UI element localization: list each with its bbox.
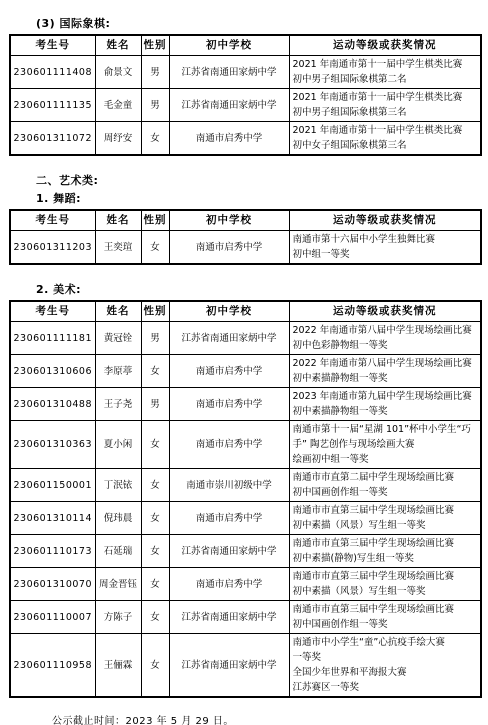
column-header-1: 姓名 [95, 35, 141, 56]
school-cell: 南通市启秀中学 [169, 231, 289, 265]
award-line: 2023 年南通市第九届中学生现场绘画比赛 [293, 389, 478, 404]
award-line: 南通市市直第三届中学生现场绘画比赛 [293, 569, 478, 584]
school-cell: 南通市启秀中学 [169, 122, 289, 156]
gender-cell: 女 [141, 535, 169, 568]
name-cell: 周纾安 [95, 122, 141, 156]
gender-cell: 女 [141, 502, 169, 535]
name-cell: 黄冠铨 [95, 322, 141, 355]
candidate-id-cell: 230601110007 [10, 601, 95, 634]
gender-cell: 男 [141, 322, 169, 355]
candidate-id-cell: 230601150001 [10, 469, 95, 502]
art-table: 考生号姓名性别初中学校运动等级或获奖情况 230601111181黄冠铨男江苏省… [9, 300, 482, 698]
column-header-2: 性别 [141, 301, 169, 322]
column-header-4: 运动等级或获奖情况 [289, 301, 481, 322]
school-cell: 南通市启秀中学 [169, 355, 289, 388]
award-cell: 南通市中小学生“童”心抗疫手绘大赛一等奖全国少年世界和平海报大赛江苏赛区一等奖 [289, 634, 481, 698]
column-header-0: 考生号 [10, 301, 95, 322]
name-cell: 李原葶 [95, 355, 141, 388]
award-line: 绘画初中组一等奖 [293, 452, 478, 467]
name-cell: 方陈子 [95, 601, 141, 634]
award-cell: 南通市市直第二届中学生现场绘画比赛初中国画创作组一等奖 [289, 469, 481, 502]
award-cell: 南通市市直第三届中学生现场绘画比赛初中国画创作组一等奖 [289, 601, 481, 634]
fine-art-section-heading: 2. 美术: [36, 282, 480, 297]
award-line: 初中素描(静物)写生组一等奖 [293, 551, 478, 566]
candidate-id-cell: 230601111181 [10, 322, 95, 355]
school-cell: 江苏省南通田家炳中学 [169, 535, 289, 568]
award-cell: 2023 年南通市第九届中学生现场绘画比赛初中素描静物组一等奖 [289, 388, 481, 421]
award-line: 初中男子组国际象棋第二名 [293, 72, 478, 87]
gender-cell: 女 [141, 231, 169, 265]
gender-cell: 女 [141, 421, 169, 469]
award-cell: 2021 年南通市第十一届中学生棋类比赛初中女子组国际象棋第三名 [289, 122, 481, 156]
column-header-1: 姓名 [95, 210, 141, 231]
award-line: 2022 年南通市第八届中学生现场绘画比赛 [293, 356, 478, 371]
publication-deadline: 公示截止时间：2023 年 5 月 29 日。 [52, 715, 480, 725]
table-row: 230601110007方陈子女江苏省南通田家炳中学南通市市直第三届中学生现场绘… [10, 601, 481, 634]
column-header-4: 运动等级或获奖情况 [289, 210, 481, 231]
table-row: 230601111408俞景文男江苏省南通田家炳中学2021 年南通市第十一届中… [10, 56, 481, 89]
candidate-id-cell: 230601310114 [10, 502, 95, 535]
column-header-1: 姓名 [95, 301, 141, 322]
candidate-id-cell: 230601311203 [10, 231, 95, 265]
dance-section-heading: 1. 舞蹈: [36, 191, 480, 206]
gender-cell: 女 [141, 122, 169, 156]
award-line: 南通市市直第二届中学生现场绘画比赛 [293, 470, 478, 485]
award-line: 2021 年南通市第十一届中学生棋类比赛 [293, 90, 478, 105]
award-line: 初中组一等奖 [293, 247, 478, 262]
award-line: 南通市市直第三届中学生现场绘画比赛 [293, 602, 478, 617]
gender-cell: 女 [141, 568, 169, 601]
name-cell: 王俪霖 [95, 634, 141, 698]
school-cell: 南通市启秀中学 [169, 568, 289, 601]
column-header-4: 运动等级或获奖情况 [289, 35, 481, 56]
award-cell: 2022 年南通市第八届中学生现场绘画比赛初中色彩静物组一等奖 [289, 322, 481, 355]
gender-cell: 男 [141, 56, 169, 89]
award-cell: 南通市第十一届“星湖 101”杯中小学生“巧手” 陶艺创作与现场绘画大赛绘画初中… [289, 421, 481, 469]
school-cell: 江苏省南通田家炳中学 [169, 322, 289, 355]
table-row: 230601310363夏小闲女南通市启秀中学南通市第十一届“星湖 101”杯中… [10, 421, 481, 469]
award-line: 南通市中小学生“童”心抗疫手绘大赛 [293, 635, 478, 650]
award-line: 全国少年世界和平海报大赛 [293, 665, 478, 680]
table-row: 230601310606李原葶女南通市启秀中学2022 年南通市第八届中学生现场… [10, 355, 481, 388]
award-line: 南通市第十一届“星湖 101”杯中小学生“巧手” 陶艺创作与现场绘画大赛 [293, 422, 478, 452]
award-cell: 南通市市直第三届中学生现场绘画比赛初中素描(静物)写生组一等奖 [289, 535, 481, 568]
award-line: 2021 年南通市第十一届中学生棋类比赛 [293, 123, 478, 138]
candidate-id-cell: 230601110173 [10, 535, 95, 568]
column-header-0: 考生号 [10, 210, 95, 231]
gender-cell: 女 [141, 355, 169, 388]
table-row: 230601310114倪玮晨女南通市启秀中学南通市市直第三届中学生现场绘画比赛… [10, 502, 481, 535]
gender-cell: 男 [141, 388, 169, 421]
award-line: 南通市第十六届中小学生独舞比赛 [293, 232, 478, 247]
school-cell: 南通市启秀中学 [169, 502, 289, 535]
award-line: 初中素描（风景）写生组一等奖 [293, 518, 478, 533]
award-line: 2022 年南通市第八届中学生现场绘画比赛 [293, 323, 478, 338]
award-line: 初中国画创作组一等奖 [293, 617, 478, 632]
school-cell: 南通市启秀中学 [169, 421, 289, 469]
table-row: 230601310070周金晋钰女南通市启秀中学南通市市直第三届中学生现场绘画比… [10, 568, 481, 601]
column-header-3: 初中学校 [169, 210, 289, 231]
award-line: 初中男子组国际象棋第三名 [293, 105, 478, 120]
column-header-0: 考生号 [10, 35, 95, 56]
column-header-2: 性别 [141, 35, 169, 56]
column-header-3: 初中学校 [169, 35, 289, 56]
name-cell: 毛金童 [95, 89, 141, 122]
table-row: 230601150001丁泯铱女南通市崇川初级中学南通市市直第二届中学生现场绘画… [10, 469, 481, 502]
candidate-id-cell: 230601311072 [10, 122, 95, 156]
header-row: 考生号姓名性别初中学校运动等级或获奖情况 [10, 301, 481, 322]
school-cell: 南通市启秀中学 [169, 388, 289, 421]
name-cell: 王奕瑄 [95, 231, 141, 265]
award-line: 南通市市直第三届中学生现场绘画比赛 [293, 503, 478, 518]
award-line: 初中素描静物组一等奖 [293, 404, 478, 419]
candidate-id-cell: 230601111135 [10, 89, 95, 122]
candidate-id-cell: 230601111408 [10, 56, 95, 89]
gender-cell: 女 [141, 601, 169, 634]
table-row: 230601111135毛金童男江苏省南通田家炳中学2021 年南通市第十一届中… [10, 89, 481, 122]
award-cell: 南通市第十六届中小学生独舞比赛初中组一等奖 [289, 231, 481, 265]
table-row: 230601111181黄冠铨男江苏省南通田家炳中学2022 年南通市第八届中学… [10, 322, 481, 355]
award-line: 初中色彩静物组一等奖 [293, 338, 478, 353]
award-line: 初中素描静物组一等奖 [293, 371, 478, 386]
school-cell: 江苏省南通田家炳中学 [169, 89, 289, 122]
table-row: 230601110958王俪霖女江苏省南通田家炳中学南通市中小学生“童”心抗疫手… [10, 634, 481, 698]
award-cell: 2022 年南通市第八届中学生现场绘画比赛初中素描静物组一等奖 [289, 355, 481, 388]
award-line: 初中女子组国际象棋第三名 [293, 138, 478, 153]
award-cell: 南通市市直第三届中学生现场绘画比赛初中素描（风景）写生组一等奖 [289, 502, 481, 535]
table-row: 230601311072周纾安女南通市启秀中学2021 年南通市第十一届中学生棋… [10, 122, 481, 156]
name-cell: 王子尧 [95, 388, 141, 421]
award-line: 初中国画创作组一等奖 [293, 485, 478, 500]
name-cell: 丁泯铱 [95, 469, 141, 502]
dance-table: 考生号姓名性别初中学校运动等级或获奖情况 230601311203王奕瑄女南通市… [9, 209, 482, 265]
candidate-id-cell: 230601310488 [10, 388, 95, 421]
document-page: (3) 国际象棋: 考生号姓名性别初中学校运动等级或获奖情况 230601111… [0, 0, 488, 725]
name-cell: 夏小闲 [95, 421, 141, 469]
school-cell: 南通市崇川初级中学 [169, 469, 289, 502]
candidate-id-cell: 230601310363 [10, 421, 95, 469]
award-line: 2021 年南通市第十一届中学生棋类比赛 [293, 57, 478, 72]
column-header-2: 性别 [141, 210, 169, 231]
award-cell: 南通市市直第三届中学生现场绘画比赛初中素描（风景）写生组一等奖 [289, 568, 481, 601]
name-cell: 倪玮晨 [95, 502, 141, 535]
chess-section-heading: (3) 国际象棋: [36, 16, 480, 31]
award-cell: 2021 年南通市第十一届中学生棋类比赛初中男子组国际象棋第二名 [289, 56, 481, 89]
art-category-heading: 二、艺术类: [36, 173, 480, 188]
award-line: 一等奖 [293, 650, 478, 665]
header-row: 考生号姓名性别初中学校运动等级或获奖情况 [10, 35, 481, 56]
chess-table: 考生号姓名性别初中学校运动等级或获奖情况 230601111408俞景文男江苏省… [9, 34, 482, 156]
award-line: 江苏赛区一等奖 [293, 680, 478, 695]
table-row: 230601311203王奕瑄女南通市启秀中学南通市第十六届中小学生独舞比赛初中… [10, 231, 481, 265]
candidate-id-cell: 230601110958 [10, 634, 95, 698]
column-header-3: 初中学校 [169, 301, 289, 322]
header-row: 考生号姓名性别初中学校运动等级或获奖情况 [10, 210, 481, 231]
award-cell: 2021 年南通市第十一届中学生棋类比赛初中男子组国际象棋第三名 [289, 89, 481, 122]
name-cell: 周金晋钰 [95, 568, 141, 601]
school-cell: 江苏省南通田家炳中学 [169, 601, 289, 634]
award-line: 初中素描（风景）写生组一等奖 [293, 584, 478, 599]
school-cell: 江苏省南通田家炳中学 [169, 634, 289, 698]
candidate-id-cell: 230601310070 [10, 568, 95, 601]
gender-cell: 女 [141, 634, 169, 698]
table-row: 230601310488王子尧男南通市启秀中学2023 年南通市第九届中学生现场… [10, 388, 481, 421]
gender-cell: 男 [141, 89, 169, 122]
gender-cell: 女 [141, 469, 169, 502]
name-cell: 俞景文 [95, 56, 141, 89]
award-line: 南通市市直第三届中学生现场绘画比赛 [293, 536, 478, 551]
candidate-id-cell: 230601310606 [10, 355, 95, 388]
name-cell: 石延瑞 [95, 535, 141, 568]
school-cell: 江苏省南通田家炳中学 [169, 56, 289, 89]
table-row: 230601110173石延瑞女江苏省南通田家炳中学南通市市直第三届中学生现场绘… [10, 535, 481, 568]
